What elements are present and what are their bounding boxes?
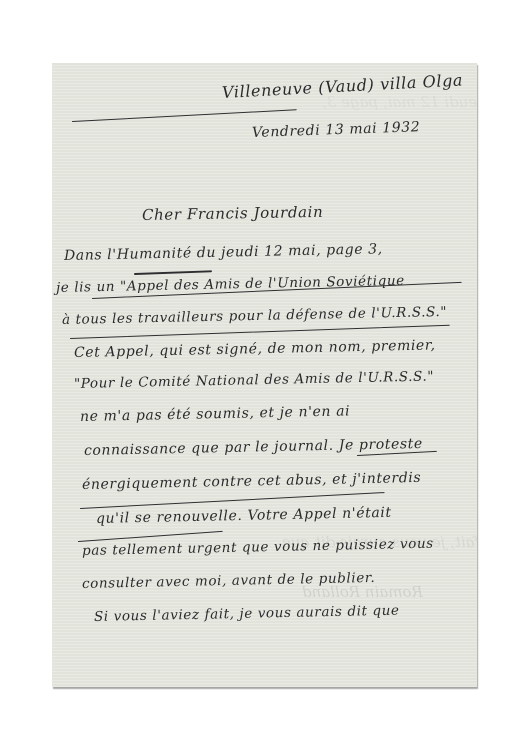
body-line: qu'il se renouvelle. Votre Appel n'était: [96, 505, 392, 527]
header-divider: [72, 109, 297, 122]
body-line: Si vous l'aviez fait, je vous aurais dit…: [94, 603, 400, 625]
body-line: énergiquement contre cet abus, et j'inte…: [82, 470, 422, 493]
body-line: connaissance que par le journal. Je prot…: [84, 436, 423, 459]
letter-date: Vendredi 13 mai 1932: [252, 119, 421, 141]
body-line: Dans l'Humanité du jeudi 12 mai, page 3,: [64, 241, 383, 264]
body-line: ne m'a pas été soumis, et je n'en ai: [80, 403, 350, 425]
letter-salutation: Cher Francis Jourdain: [142, 203, 324, 224]
body-line: à tous les travailleurs pour la défense …: [62, 304, 447, 328]
body-line: "Pour le Comité National des Amis de l'U…: [74, 368, 434, 392]
underline-appel: [70, 325, 450, 340]
underline-humanite: [134, 270, 212, 275]
show-through-text: Dans l'Humanité du jeudi 12 mai, page 3,: [322, 93, 477, 111]
letter-paper: Romain Rolland Si vous l'aviez fait, je …: [52, 63, 477, 687]
body-line: pas tellement urgent que vous ne puissie…: [82, 536, 434, 559]
body-line: Cet Appel, qui est signé, de mon nom, pr…: [74, 337, 436, 361]
